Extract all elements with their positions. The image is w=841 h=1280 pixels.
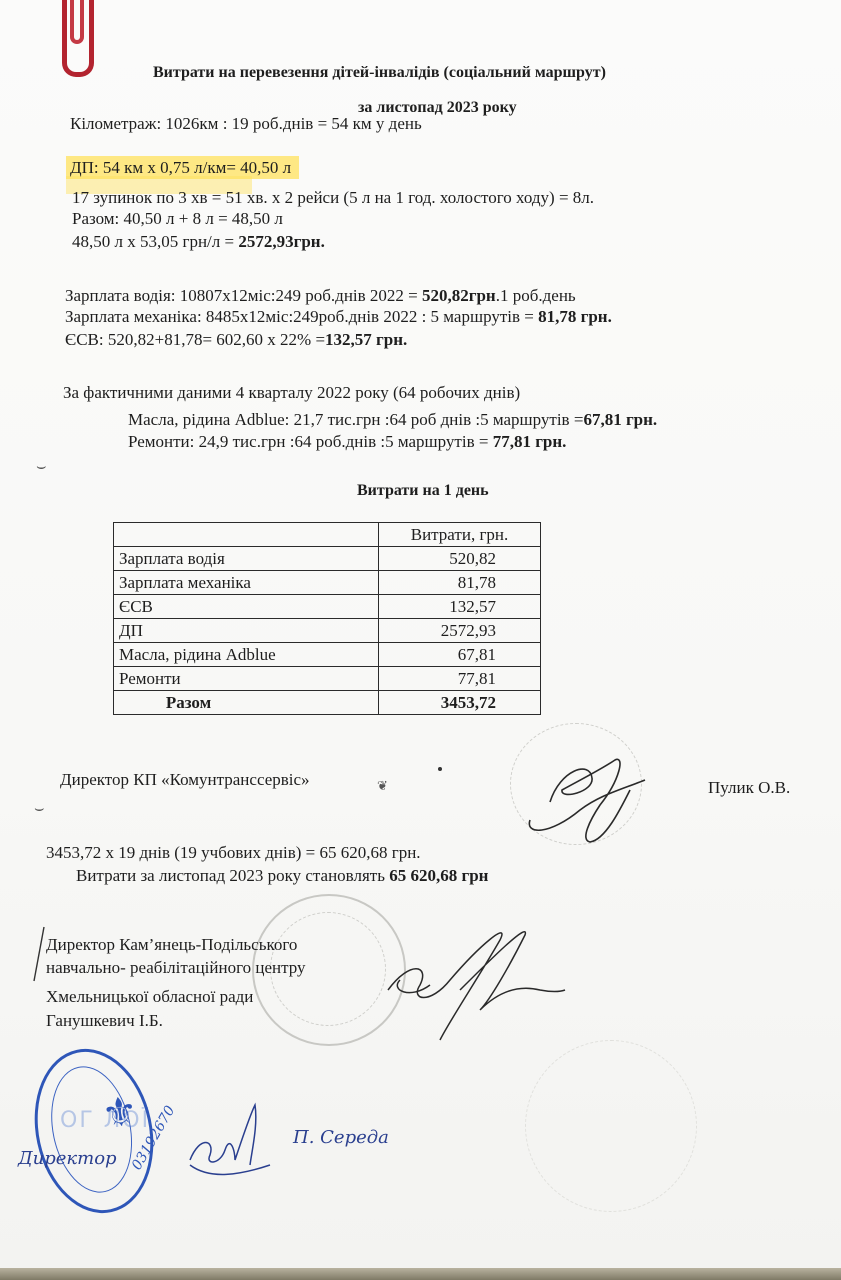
fuel-line-2: 17 зупинок по 3 хв = 51 хв. х 2 рейси (5… <box>72 188 594 208</box>
signature-2-icon <box>380 920 580 1050</box>
table-surface <box>0 1268 841 1280</box>
mileage-line: Кілометраж: 1026км : 19 роб.днів = 54 км… <box>70 114 422 134</box>
table-cell-label: Зарплата механіка <box>114 571 379 595</box>
table-cell-label: Ремонти <box>114 667 379 691</box>
mechanic-salary-line: Зарплата механіка: 8485х12міс:249роб.дні… <box>65 307 612 327</box>
mechanic-salary-calc: Зарплата механіка: 8485х12міс:249роб.дні… <box>65 307 538 326</box>
trident-emblem-icon: ⚜ <box>99 1088 141 1139</box>
monthly-calc: 3453,72 х 19 днів (19 учбових днів) = 65… <box>46 843 421 863</box>
table-cell-label: Разом <box>114 691 379 715</box>
paper-clip-inner <box>70 0 84 44</box>
table-cell-value: 132,57 <box>379 595 541 619</box>
handwritten-name: П. Середа <box>293 1127 389 1148</box>
table-cell-label: ЄСВ <box>114 595 379 619</box>
fuel-total: 2572,93грн. <box>238 232 324 251</box>
driver-salary-unit: .1 роб.день <box>496 286 576 305</box>
table-row: Масла, рідина Adblue67,81 <box>114 643 541 667</box>
table-cell-value: Витрати, грн. <box>379 523 541 547</box>
table-header-row: Витрати, грн. <box>114 523 541 547</box>
signer-2-line-2: навчально- реабілітаційного центру <box>46 958 306 978</box>
table-cell-label: ДП <box>114 619 379 643</box>
table-cell-value: 67,81 <box>379 643 541 667</box>
table-cell-value: 2572,93 <box>379 619 541 643</box>
repairs-line: Ремонти: 24,9 тис.грн :64 роб.днів :5 ма… <box>128 432 566 452</box>
table-cell-value: 3453,72 <box>379 691 541 715</box>
table-cell-label: Зарплата водія <box>114 547 379 571</box>
actuals-intro: За фактичними даними 4 кварталу 2022 рок… <box>63 383 520 403</box>
esv-line: ЄСВ: 520,82+81,78= 602,60 х 22% =132,57 … <box>65 330 407 350</box>
highlighted-text: ДП: 54 км х 0,75 л/км= 40,50 л <box>66 156 299 179</box>
oils-line: Масла, рідина Adblue: 21,7 тис.грн :64 р… <box>128 410 657 430</box>
handwritten-director: Директор <box>18 1148 117 1169</box>
monthly-total: 65 620,68 грн <box>389 866 488 885</box>
esv-calc: ЄСВ: 520,82+81,78= 602,60 х 22% = <box>65 330 325 349</box>
repairs-total: 77,81 грн. <box>493 432 567 451</box>
fuel-calc: 48,50 л х 53,05 грн/л = <box>72 232 238 251</box>
daily-table-title: Витрати на 1 день <box>357 481 489 501</box>
fuel-line-1: ДП: 54 км х 0,75 л/км= 40,50 л <box>70 158 299 178</box>
table-cell-label <box>114 523 379 547</box>
ink-mark: ❦ <box>377 778 388 794</box>
oils-total: 67,81 грн. <box>583 410 657 429</box>
table-row: ЄСВ132,57 <box>114 595 541 619</box>
signer-1-name: Пулик О.В. <box>708 778 790 798</box>
table-row: Зарплата механіка81,78 <box>114 571 541 595</box>
table-cell-label: Масла, рідина Adblue <box>114 643 379 667</box>
signer-2-name: Ганушкевич І.Б. <box>46 1011 163 1031</box>
mechanic-salary-total: 81,78 грн. <box>538 307 612 326</box>
monthly-summary-text: Витрати за листопад 2023 року становлять <box>76 866 389 885</box>
table-total-row: Разом3453,72 <box>114 691 541 715</box>
table-cell-value: 520,82 <box>379 547 541 571</box>
fuel-line-3: Разом: 40,50 л + 8 л = 48,50 л <box>72 209 283 229</box>
table-cell-value: 77,81 <box>379 667 541 691</box>
signature-3-icon <box>180 1105 280 1185</box>
monthly-summary: Витрати за листопад 2023 року становлять… <box>76 866 488 886</box>
repairs-calc: Ремонти: 24,9 тис.грн :64 роб.днів :5 ма… <box>128 432 493 451</box>
driver-salary-line: Зарплата водія: 10807х12міс:249 роб.днів… <box>65 286 576 306</box>
daily-costs-table: Витрати, грн.Зарплата водія520,82Зарплат… <box>113 522 541 715</box>
driver-salary-total: 520,82грн <box>422 286 496 305</box>
signer-2-line-1: Директор Кам’янець-Подільського <box>46 935 297 955</box>
signer-1-position: Директор КП «Комунтранссервіс» <box>60 770 310 790</box>
oils-calc: Масла, рідина Adblue: 21,7 тис.грн :64 р… <box>128 410 583 429</box>
margin-mark: ⌣ <box>34 800 45 818</box>
margin-mark: ⌣ <box>36 458 47 476</box>
driver-salary-calc: Зарплата водія: 10807х12міс:249 роб.днів… <box>65 286 422 305</box>
table-row: Ремонти77,81 <box>114 667 541 691</box>
signature-1-icon <box>520 750 650 850</box>
table-cell-value: 81,78 <box>379 571 541 595</box>
document-title: Витрати на перевезення дітей-інвалідів (… <box>153 63 606 83</box>
esv-total: 132,57 грн. <box>325 330 407 349</box>
faint-stamp <box>525 1040 697 1212</box>
table-row: Зарплата водія520,82 <box>114 547 541 571</box>
table-row: ДП2572,93 <box>114 619 541 643</box>
ink-dot <box>438 767 442 771</box>
signer-2-line-3: Хмельницької обласної ради <box>46 987 253 1007</box>
fuel-line-4: 48,50 л х 53,05 грн/л = 2572,93грн. <box>72 232 325 252</box>
